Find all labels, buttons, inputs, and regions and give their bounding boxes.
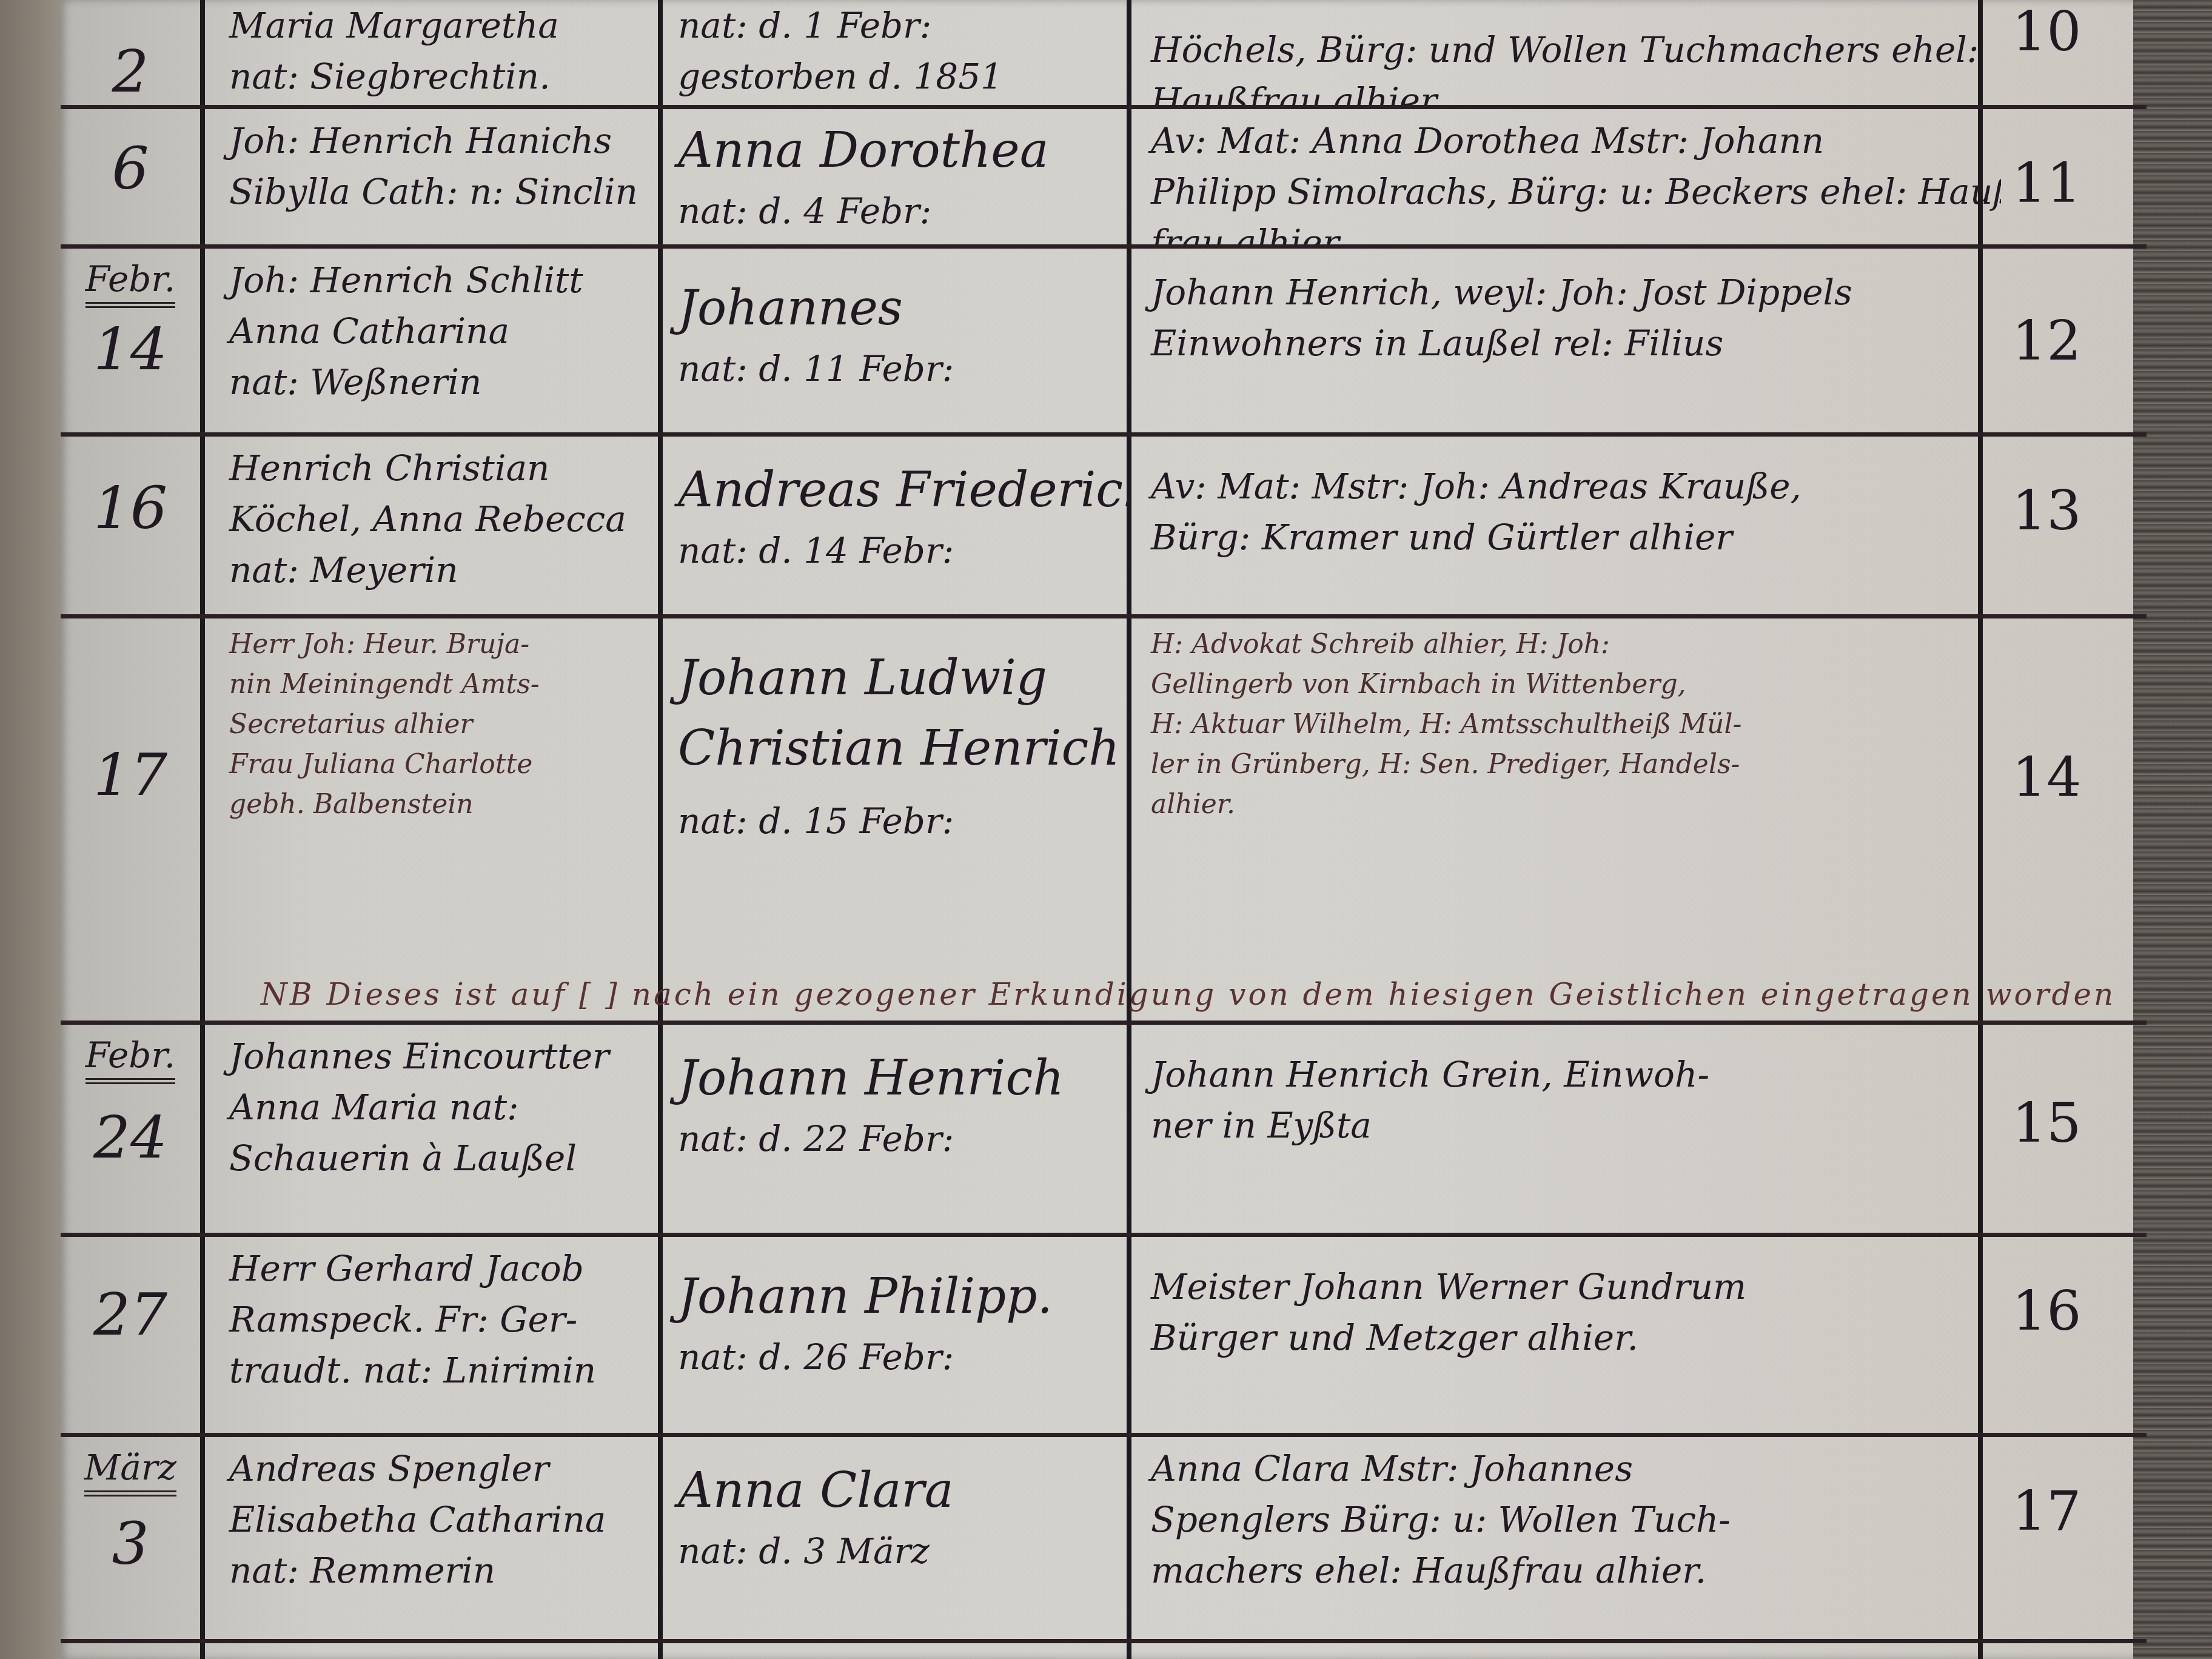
parents-cell: Joh: Henrich Schlitt Anna Catharina nat:… bbox=[218, 249, 716, 432]
child-cell: nat: d. 1 Febr: gestorben d. 1851 bbox=[667, 0, 1128, 105]
parents-line: Herr Gerhard Jacob bbox=[229, 1243, 705, 1294]
child-name: Johann Ludwig bbox=[678, 643, 1117, 713]
entry-number-cell: 17 bbox=[2001, 1437, 2080, 1639]
day-number: 27 bbox=[72, 1285, 189, 1344]
parents-line: gebh. Balbenstein bbox=[229, 785, 705, 825]
parents-line: Secretarius alhier bbox=[229, 705, 705, 745]
child-cell: Johann Henrich nat: d. 22 Febr: bbox=[667, 1025, 1128, 1233]
child-cell: Johannes nat: d. 11 Febr: bbox=[667, 249, 1128, 432]
sponsor-line: Philipp Simolrachs, Bürg: u: Beckers ehe… bbox=[1151, 166, 1990, 217]
birth-date: nat: d. 22 Febr: bbox=[678, 1113, 1117, 1164]
entry-number: 14 bbox=[2012, 746, 2069, 809]
child-name: Johannes bbox=[678, 273, 1117, 343]
sponsor-line: ner in Eyßta bbox=[1151, 1100, 1990, 1151]
day-number: 2 bbox=[72, 42, 189, 101]
child-line: gestorben d. 1851 bbox=[678, 51, 1117, 102]
parents-line: nat: Meyerin bbox=[229, 545, 705, 595]
sponsor-cell: Johann Henrich, weyl: Joh: Jost Dippels … bbox=[1140, 249, 2001, 432]
parents-line: Sibylla Cath: n: Sinclin bbox=[229, 166, 705, 217]
parents-cell: Henrich Christian Köchel, Anna Rebecca n… bbox=[218, 437, 716, 614]
parents-cell: Joh: Henrich Hanichs Sibylla Cath: n: Si… bbox=[218, 109, 716, 244]
parents-line: Anna Maria nat: bbox=[229, 1082, 705, 1133]
child-name: Johann Philipp. bbox=[678, 1261, 1117, 1332]
parents-cell: Herr Gerhard Jacob Ramspeck. Fr: Ger- tr… bbox=[218, 1237, 716, 1433]
child-cell: Johann Ludwig Christian Henrich nat: d. … bbox=[667, 618, 1128, 1021]
register-row: 2 Maria Margaretha nat: Siegbrechtin. na… bbox=[61, 0, 2147, 109]
sponsor-cell: H: Advokat Schreib alhier, H: Joh: Gelli… bbox=[1140, 618, 2001, 1021]
parents-line: Joh: Henrich Schlitt bbox=[229, 255, 705, 306]
parents-line: Johannes Eincourtter bbox=[229, 1031, 705, 1082]
entry-number-cell: 12 bbox=[2001, 249, 2080, 432]
parents-line: Maria Margaretha bbox=[229, 0, 705, 51]
sponsor-line: machers ehel: Haußfrau alhier. bbox=[1151, 1545, 1990, 1596]
birth-date: nat: d. 3 März bbox=[678, 1526, 1117, 1577]
month-label: März bbox=[84, 1447, 176, 1496]
entry-number-cell: 10 bbox=[2001, 0, 2080, 105]
entry-number: 10 bbox=[2012, 0, 2069, 64]
child-line: nat: d. 1 Febr: bbox=[678, 0, 1117, 51]
register-row: März 3 Andreas Spengler Elisabetha Catha… bbox=[61, 1437, 2147, 1643]
parents-line: Schauerin à Laußel bbox=[229, 1133, 705, 1184]
parents-line: Frau Juliana Charlotte bbox=[229, 745, 705, 785]
parents-cell: Maria Margaretha nat: Siegbrechtin. bbox=[218, 0, 716, 105]
entry-number: 13 bbox=[2012, 479, 2069, 543]
parents-line: Anna Catharina bbox=[229, 306, 705, 357]
register-row: 6 Joh: Henrich Hanichs Sibylla Cath: n: … bbox=[61, 109, 2147, 249]
parents-line: Henrich Christian bbox=[229, 443, 705, 494]
entry-number-cell: 14 bbox=[2001, 618, 2080, 1021]
sponsor-line: Haußfrau alhier. bbox=[1151, 75, 1990, 105]
day-cell: 17 bbox=[61, 618, 200, 1021]
entry-number: 15 bbox=[2012, 1091, 2069, 1155]
register-row: 27 Herr Gerhard Jacob Ramspeck. Fr: Ger-… bbox=[61, 1237, 2147, 1437]
day-cell: März 3 bbox=[61, 1437, 200, 1639]
sponsor-line: ler in Grünberg, H: Sen. Prediger, Hande… bbox=[1151, 745, 1990, 785]
annotation-note: NB Dieses ist auf [ ] nach ein gezogener… bbox=[261, 977, 2116, 1012]
sponsor-line: Einwohners in Laußel rel: Filius bbox=[1151, 318, 1990, 369]
day-number: 14 bbox=[72, 320, 189, 378]
sponsor-line: H: Advokat Schreib alhier, H: Joh: bbox=[1151, 625, 1990, 665]
parents-cell: Johannes Eincourtter Anna Maria nat: Sch… bbox=[218, 1025, 716, 1233]
sponsor-line: Bürger und Metzger alhier. bbox=[1151, 1312, 1990, 1363]
child-cell: Anna Dorothea nat: d. 4 Febr: bbox=[667, 109, 1128, 244]
day-number: 16 bbox=[72, 479, 189, 537]
parents-line: nat: Siegbrechtin. bbox=[229, 51, 705, 102]
child-name: Anna Clara bbox=[678, 1455, 1117, 1526]
day-cell: Febr. 14 bbox=[61, 249, 200, 432]
sponsor-line: Bürg: Kramer und Gürtler alhier bbox=[1151, 512, 1990, 563]
register-row: Febr. 24 Johannes Eincourtter Anna Maria… bbox=[61, 1025, 2147, 1237]
parents-line: traudt. nat: Lnirimin bbox=[229, 1345, 705, 1396]
child-cell: Andreas Friederich nat: d. 14 Febr: bbox=[667, 437, 1128, 614]
birth-date: nat: d. 26 Febr: bbox=[678, 1332, 1117, 1382]
sponsor-line: Spenglers Bürg: u: Wollen Tuch- bbox=[1151, 1494, 1990, 1545]
entry-number: 11 bbox=[2012, 152, 2069, 215]
sponsor-line: Meister Johann Werner Gundrum bbox=[1151, 1261, 1990, 1312]
day-number: 17 bbox=[72, 746, 189, 804]
parents-line: Andreas Spengler bbox=[229, 1443, 705, 1494]
birth-date: nat: d. 15 Febr: bbox=[678, 796, 1117, 846]
parents-line: Herr Joh: Heur. Bruja- bbox=[229, 625, 705, 665]
sponsor-cell: Meister Johann Werner Gundrum Bürger und… bbox=[1140, 1237, 2001, 1433]
month-label: Febr. bbox=[85, 258, 175, 308]
day-number: 6 bbox=[72, 139, 189, 198]
day-cell: Febr. 24 bbox=[61, 1025, 200, 1233]
parents-line: Ramspeck. Fr: Ger- bbox=[229, 1294, 705, 1345]
sponsor-cell: Av: Mat: Mstr: Joh: Andreas Krauße, Bürg… bbox=[1140, 437, 2001, 614]
entry-number-cell: 11 bbox=[2001, 109, 2080, 244]
sponsor-line: Gellingerb von Kirnbach in Wittenberg, bbox=[1151, 665, 1990, 705]
sponsor-cell: Av: Mat: Anna Dorothea Mstr: Johann Phil… bbox=[1140, 109, 2001, 244]
entry-number-cell: 13 bbox=[2001, 437, 2080, 614]
sponsor-line: Johann Henrich Grein, Einwoh- bbox=[1151, 1049, 1990, 1100]
day-number: 3 bbox=[72, 1515, 189, 1573]
sponsor-line: frau alhier. bbox=[1151, 217, 1990, 244]
sponsor-line: Av: Mat: Anna Dorothea Mstr: Johann bbox=[1151, 115, 1990, 166]
parents-line: Joh: Henrich Hanichs bbox=[229, 115, 705, 166]
entry-number: 16 bbox=[2012, 1279, 2069, 1343]
birth-date: nat: d. 4 Febr: bbox=[678, 186, 1117, 236]
birth-date: nat: d. 14 Febr: bbox=[678, 525, 1117, 576]
day-number: 24 bbox=[72, 1108, 189, 1167]
sponsor-cell: Höchels, Bürg: und Wollen Tuchmachers eh… bbox=[1140, 0, 2001, 105]
parents-cell: Andreas Spengler Elisabetha Catharina na… bbox=[218, 1437, 716, 1639]
entry-number: 17 bbox=[2012, 1480, 2069, 1543]
register-row: 16 Henrich Christian Köchel, Anna Rebecc… bbox=[61, 437, 2147, 618]
day-cell: 16 bbox=[61, 437, 200, 614]
child-name: Johann Henrich bbox=[678, 1043, 1117, 1113]
sponsor-line: Av: Mat: Mstr: Joh: Andreas Krauße, bbox=[1151, 461, 1990, 512]
parents-line: nat: Weßnerin bbox=[229, 357, 705, 407]
register-row: 17 Herr Joh: Heur. Bruja- nin Meiningend… bbox=[61, 618, 2147, 1025]
child-name: Andreas Friederich bbox=[678, 455, 1117, 525]
book-spine bbox=[0, 0, 67, 1659]
sponsor-line: Anna Clara Mstr: Johannes bbox=[1151, 1443, 1990, 1494]
parents-line: Köchel, Anna Rebecca bbox=[229, 494, 705, 545]
month-label: Febr. bbox=[85, 1034, 175, 1084]
entry-number-cell: 15 bbox=[2001, 1025, 2080, 1233]
sponsor-line: Höchels, Bürg: und Wollen Tuchmachers eh… bbox=[1151, 24, 1990, 75]
birth-date: nat: d. 11 Febr: bbox=[678, 343, 1117, 394]
day-cell: 6 bbox=[61, 109, 200, 244]
sponsor-line: alhier. bbox=[1151, 785, 1990, 825]
register-row: Febr. 14 Joh: Henrich Schlitt Anna Catha… bbox=[61, 249, 2147, 437]
child-name: Anna Dorothea bbox=[678, 115, 1117, 186]
sponsor-line: Johann Henrich, weyl: Joh: Jost Dippels bbox=[1151, 267, 1990, 318]
day-cell: 2 bbox=[61, 0, 200, 105]
parents-line: Elisabetha Catharina bbox=[229, 1494, 705, 1545]
parents-line: nat: Remmerin bbox=[229, 1545, 705, 1596]
day-cell: 27 bbox=[61, 1237, 200, 1433]
sponsor-cell: Anna Clara Mstr: Johannes Spenglers Bürg… bbox=[1140, 1437, 2001, 1639]
sponsor-line: H: Aktuar Wilhelm, H: Amtsschultheiß Mül… bbox=[1151, 705, 1990, 745]
sponsor-cell: Johann Henrich Grein, Einwoh- ner in Eyß… bbox=[1140, 1025, 2001, 1233]
parents-line: nin Meiningendt Amts- bbox=[229, 665, 705, 705]
entry-number: 12 bbox=[2012, 309, 2069, 373]
child-cell: Anna Clara nat: d. 3 März bbox=[667, 1437, 1128, 1639]
child-name: Christian Henrich bbox=[678, 713, 1117, 783]
entry-number-cell: 16 bbox=[2001, 1237, 2080, 1433]
child-cell: Johann Philipp. nat: d. 26 Febr: bbox=[667, 1237, 1128, 1433]
parents-cell: Herr Joh: Heur. Bruja- nin Meiningendt A… bbox=[218, 618, 716, 1021]
